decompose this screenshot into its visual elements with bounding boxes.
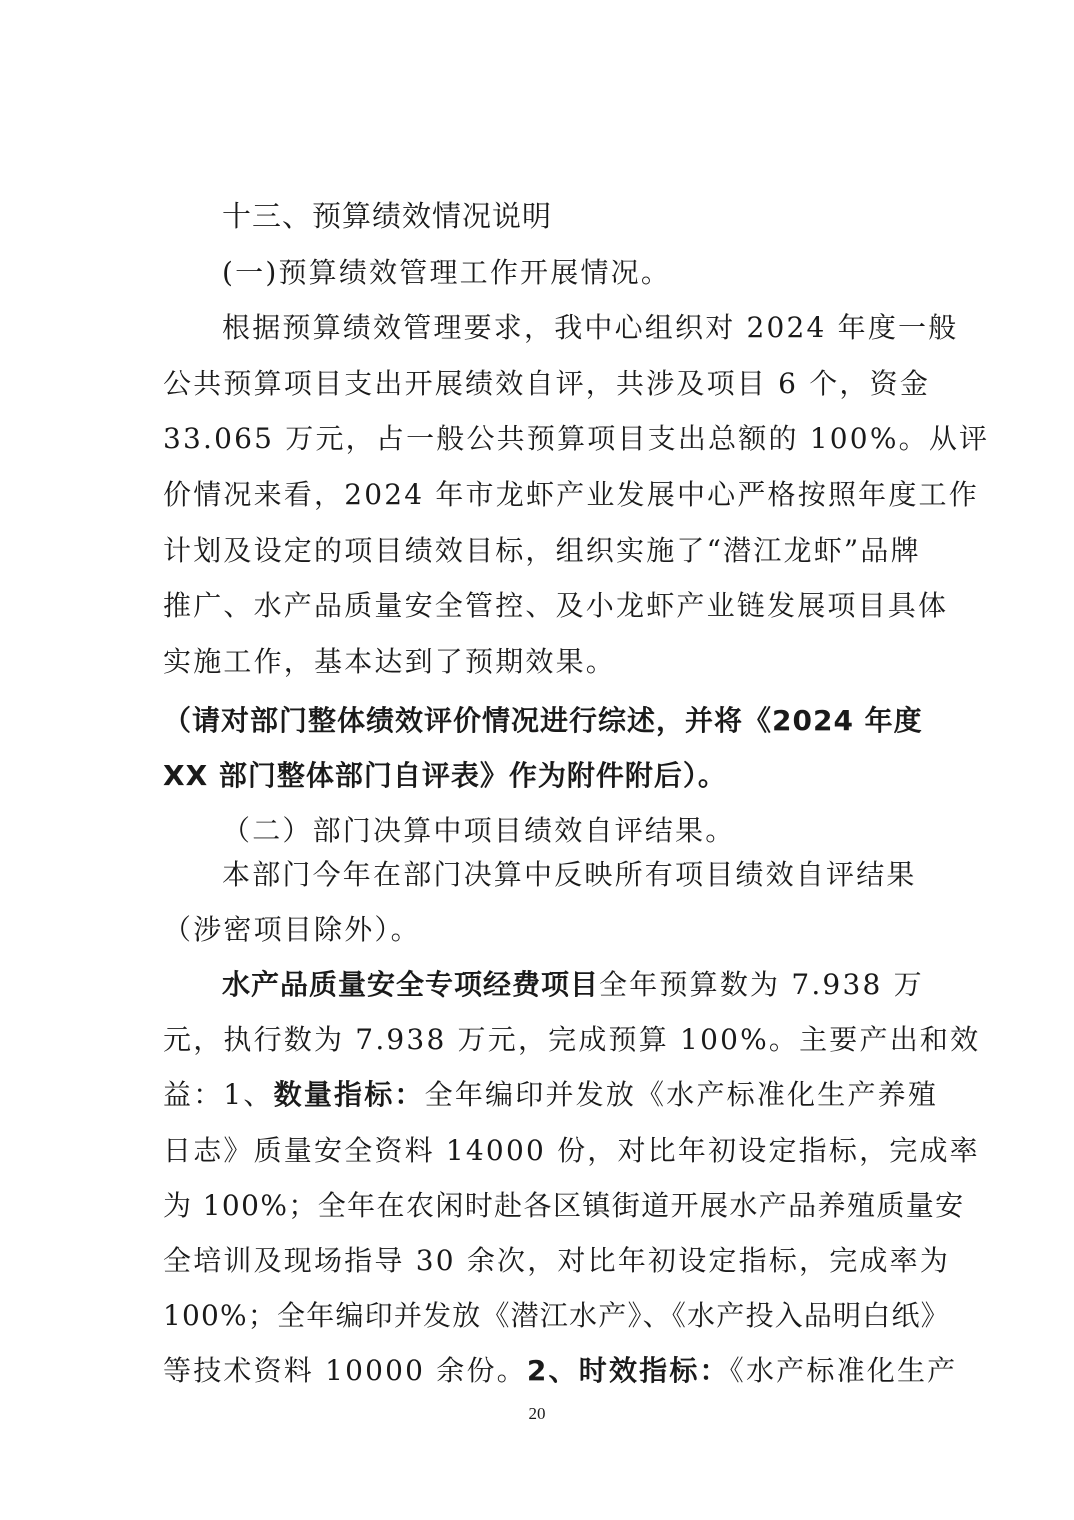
paragraph-3-line-8: 等技术资料 10000 余份。2、时效指标：《水产标准化生产 (163, 1353, 911, 1389)
subsection-heading-1: (一)预算绩效管理工作开展情况。 (222, 255, 970, 291)
paragraph-1-line: 33.065 万元，占一般公共预算项目支出总额的 100%。从评 (163, 421, 911, 457)
quantity-indicator-label: 数量指标： (274, 1078, 425, 1111)
timeliness-indicator-label: 2、时效指标： (527, 1354, 730, 1387)
paragraph-3-line: 100%；全年编印并发放《潜江水产》、《水产投入品明白纸》 (163, 1298, 911, 1334)
paragraph-1-line: 计划及设定的项目绩效目标，组织实施了“潜江龙虾”品牌 (163, 533, 911, 569)
paragraph-3-line: 日志》质量安全资料 14000 份，对比年初设定指标，完成率 (163, 1133, 911, 1169)
paragraph-3-text: 全年编印并发放《水产标准化生产养殖 (425, 1078, 938, 1111)
paragraph-1-line: 推广、水产品质量安全管控、及小龙虾产业链发展项目具体 (163, 588, 911, 624)
paragraph-1-line: 根据预算绩效管理要求，我中心组织对 2024 年度一般 (222, 310, 911, 346)
paragraph-1-line: 公共预算项目支出开展绩效自评，共涉及项目 6 个，资金 (163, 366, 911, 402)
paragraph-1-line: 价情况来看，2024 年市龙虾产业发展中心严格按照年度工作 (163, 477, 911, 513)
document-page: 十三、预算绩效情况说明 (一)预算绩效管理工作开展情况。 根据预算绩效管理要求，… (0, 0, 1074, 1520)
paragraph-2-line: （涉密项目除外）。 (163, 912, 911, 948)
project-name: 水产品质量安全专项经费项目 (222, 967, 599, 1003)
paragraph-3-line-3: 益：1、数量指标：全年编印并发放《水产标准化生产养殖 (163, 1077, 911, 1113)
paragraph-1-line: 实施工作，基本达到了预期效果。 (163, 644, 911, 680)
paragraph-3-line: 元，执行数为 7.938 万元，完成预算 100%。主要产出和效 (163, 1022, 911, 1058)
page-number: 20 (0, 1404, 1074, 1424)
paragraph-3-text: 全年预算数为 7.938 万 (599, 967, 924, 1003)
paragraph-3-line: 为 100%；全年在农闲时赴各区镇街道开展水产品养殖质量安 (163, 1188, 911, 1224)
section-heading: 十三、预算绩效情况说明 (222, 198, 970, 234)
paragraph-3-text: 益：1、 (163, 1078, 274, 1111)
instruction-note-line: （请对部门整体绩效评价情况进行综述，并将《2024 年度 (163, 703, 911, 739)
subsection-heading-2: （二）部门决算中项目绩效自评结果。 (222, 813, 970, 849)
paragraph-3-text: 等技术资料 10000 余份。 (163, 1354, 527, 1387)
paragraph-2-line: 本部门今年在部门决算中反映所有项目绩效自评结果 (222, 857, 911, 893)
paragraph-3-line: 全培训及现场指导 30 余次，对比年初设定指标，完成率为 (163, 1243, 911, 1279)
instruction-note-line: XX 部门整体部门自评表》作为附件附后）。 (163, 758, 911, 794)
paragraph-3-text: 《水产标准化生产 (730, 1354, 958, 1387)
paragraph-3-line-1: 水产品质量安全专项经费项目 全年预算数为 7.938 万 (222, 967, 911, 1003)
